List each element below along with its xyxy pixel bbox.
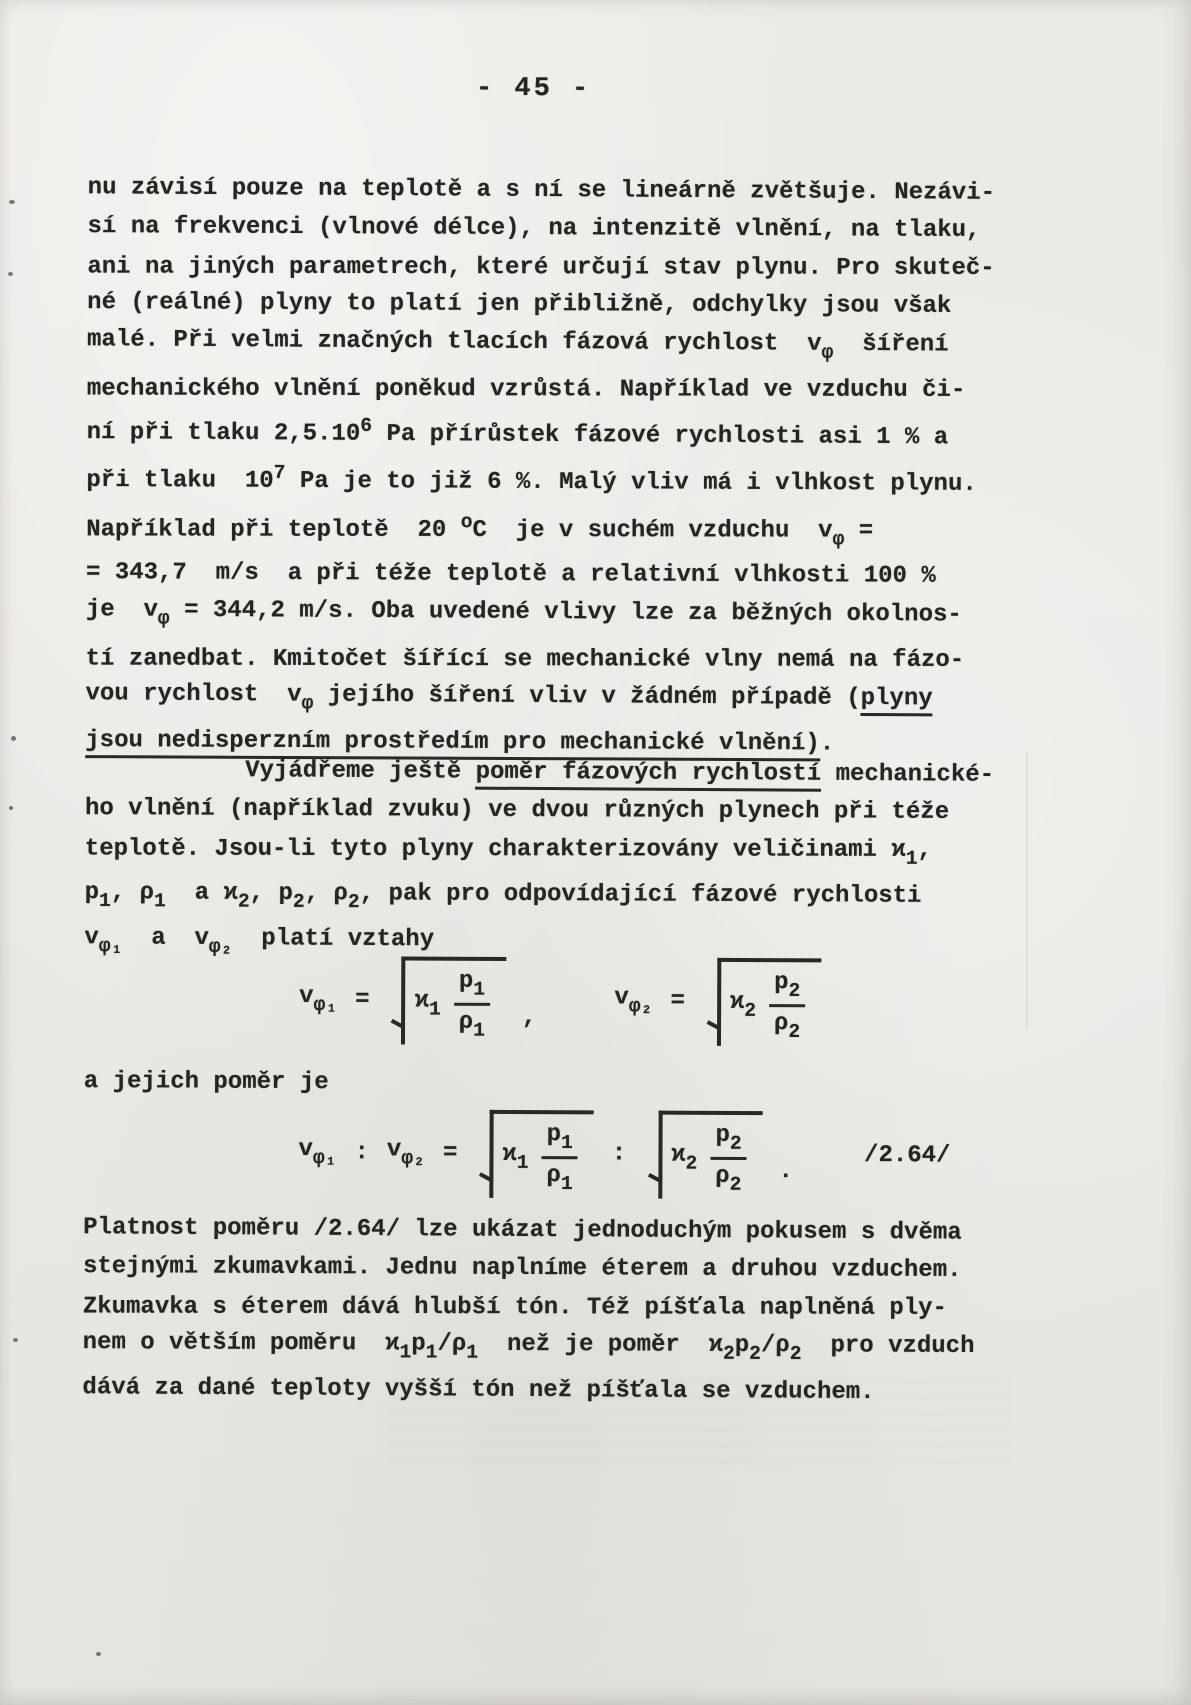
- math-coefficient: ϰ1: [415, 988, 441, 1021]
- text-line: p1, ρ1 a ϰ2, p2, ρ2, pak pro odpovídajíc…: [85, 874, 1105, 924]
- text-line: sí na frekvenci (vlnové délce), na inten…: [87, 208, 1107, 250]
- fraction-denominator: ρ2: [715, 1160, 741, 1196]
- fraction-denominator: ρ1: [459, 1006, 485, 1042]
- text-line: Zkumavka s éterem dává hlubší tón. Též p…: [83, 1289, 1103, 1329]
- fraction-numerator: p2: [769, 969, 805, 1007]
- fraction: p2 ρ2: [710, 1122, 747, 1196]
- text-line: teplotě. Jsou-li tyto plyny charakterizo…: [85, 831, 1105, 878]
- paper-crease: [1026, 752, 1028, 1027]
- ink-speck: [13, 1338, 18, 1342]
- equals-sign: =: [670, 988, 685, 1015]
- page-number: - 45 -: [0, 71, 1129, 106]
- equals-sign: =: [443, 1140, 458, 1167]
- fraction: p1 ρ1: [541, 1121, 578, 1195]
- bleed-through-ghost: [390, 1368, 1010, 1463]
- text-line: při tlaku 107 Pa je to již 6 %. Malý vli…: [86, 453, 1106, 504]
- math-lhs: vφ₁: [298, 1136, 336, 1169]
- fraction-numerator: p1: [454, 968, 490, 1006]
- text-line: tí zanedbat. Kmitočet šířící se mechanic…: [86, 641, 1106, 681]
- text-line: ani na jiných parametrech, které určují …: [87, 249, 1107, 289]
- fraction-numerator: p1: [542, 1121, 578, 1159]
- text-line: Vyjádřeme ještě poměr fázových rychlostí…: [85, 751, 1105, 795]
- period: .: [779, 1158, 794, 1185]
- text-line: né (reálné) plyny to platí jen přibližně…: [87, 284, 1107, 326]
- colon-sign: :: [612, 1141, 627, 1168]
- math-lhs: vφ₂: [387, 1137, 425, 1170]
- paragraph-1: nu závisí pouze na teplotě a s ní se lin…: [85, 170, 1108, 764]
- text-line: ho vlnění (například zvuku) ve dvou různ…: [85, 790, 1105, 832]
- text-line: = 343,7 m/s a při téže teplotě a relativ…: [86, 554, 1106, 596]
- text-line: nem o větším poměru ϰ1p1/ρ1 než je poměr…: [83, 1324, 1103, 1374]
- math-lhs: vφ₁: [299, 983, 337, 1016]
- colon-sign: :: [354, 1140, 369, 1167]
- radical-icon: ϰ2 p2 ρ2: [646, 1111, 763, 1199]
- ink-speck: [9, 200, 15, 204]
- comma: ,: [522, 1004, 537, 1031]
- equals-sign: =: [355, 987, 370, 1014]
- fraction: p2 ρ2: [769, 969, 806, 1043]
- equation-number: /2.64/: [864, 1142, 951, 1169]
- scanned-document-page: - 45 - nu závisí pouze na teplotě a s ní…: [0, 0, 1191, 1705]
- fraction-numerator: p2: [710, 1122, 746, 1160]
- text-line: Například při teplotě 20 oC je v suchém …: [86, 502, 1106, 558]
- text-line: malé. Při velmi značných tlacích fázová …: [87, 321, 1107, 373]
- math-coefficient: ϰ1: [502, 1141, 528, 1174]
- paragraph-2: Vyjádřeme ještě poměr fázových rychlostí…: [84, 752, 1105, 970]
- text-line: je vφ = 344,2 m/s. Oba uvedené vlivy lze…: [86, 591, 1106, 643]
- radical-icon: ϰ1 p1 ρ1: [477, 1110, 594, 1198]
- ratio-intro-text: a jejich poměr je: [84, 1063, 329, 1102]
- fraction: p1 ρ1: [454, 968, 491, 1042]
- text-line: stejnými zkumavkami. Jednu naplníme éter…: [83, 1248, 1103, 1290]
- radical-icon: ϰ2 p2 ρ2: [705, 958, 822, 1046]
- text-line: nu závisí pouze na teplotě a s ní se lin…: [88, 169, 1108, 213]
- ink-speck: [11, 736, 16, 741]
- ink-speck: [96, 1652, 101, 1656]
- equation-ratio-2-64: vφ₁ : vφ₂ = ϰ1 p1 ρ1 : ϰ2: [83, 1108, 1098, 1200]
- ink-speck: [8, 272, 13, 276]
- math-coefficient: ϰ2: [730, 989, 756, 1022]
- fraction-denominator: ρ2: [774, 1007, 800, 1043]
- equation-phase-velocities: vφ₁ = ϰ1 p1 ρ1 , vφ₂ = ϰ2: [84, 955, 1099, 1047]
- math-coefficient: ϰ2: [671, 1142, 697, 1175]
- math-lhs: vφ₂: [614, 985, 652, 1018]
- ink-speck: [9, 806, 13, 810]
- text-line: Platnost poměru /2.64/ lze ukázat jednod…: [83, 1209, 1103, 1253]
- fraction-denominator: ρ1: [546, 1159, 572, 1195]
- text-line: mechanického vlnění poněkud vzrůstá. Nap…: [87, 370, 1107, 410]
- text-line: ní při tlaku 2,5.106 Pa přírůstek fázové…: [87, 405, 1107, 458]
- radical-icon: ϰ1 p1 ρ1: [389, 956, 506, 1044]
- text-line: vou rychlost vφ jejího šíření vliv v žád…: [85, 675, 1105, 727]
